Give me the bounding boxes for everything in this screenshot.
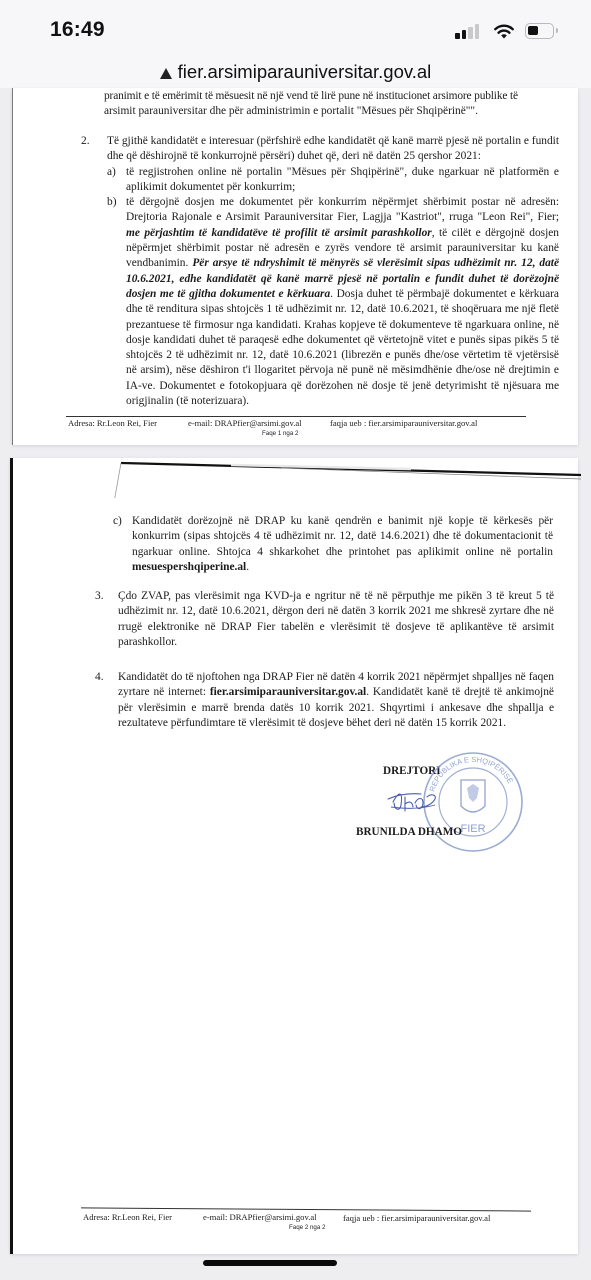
wifi-icon: [493, 22, 515, 40]
document-page-2: c) Kandidatët dorëzojnë në DRAP ku kanë …: [10, 458, 578, 1254]
item-2: 2. Të gjithë kandidatët e interesuar (pë…: [81, 134, 559, 409]
footer-page-number: Faqe 1 nga 2: [262, 430, 298, 437]
lock-warning-icon: [160, 68, 172, 79]
item-3: 3. Çdo ZVAP, pas vlerësimit nga KVD-ja e…: [95, 589, 554, 650]
footer-website[interactable]: faqja ueb : fier.arsimiparauniversitar.g…: [343, 1213, 490, 1223]
scan-edge-decoration: [111, 458, 581, 498]
item-3-number: 3.: [95, 589, 104, 604]
item-2a-text: të regjistrohen online në portalin "Mësu…: [126, 166, 559, 193]
footer-address: Adresa: Rr.Leon Rei, Fier: [83, 1212, 172, 1222]
document-page-1: pranimit e të emërimit të mësuesit në nj…: [12, 88, 578, 445]
item-2-number: 2.: [81, 134, 90, 149]
battery-icon: [525, 23, 554, 39]
home-indicator[interactable]: [203, 1260, 337, 1266]
cellular-signal-icon: [455, 23, 481, 39]
item-2b-text-3: . Dosja duhet të përmbajë dokumentet e k…: [126, 288, 559, 407]
item-2c-number: c): [113, 514, 122, 529]
intro-line-1: pranimit e të emërimit të mësuesit në nj…: [104, 89, 562, 104]
item-2-text: Të gjithë kandidatët e interesuar (përfs…: [107, 135, 559, 162]
item-2b-emphasis-1: me përjashtim të kandidatëve të profilit…: [126, 227, 432, 239]
footer-page-number: Faqe 2 nga 2: [289, 1224, 325, 1231]
footer-website[interactable]: faqja ueb : fier.arsimiparauniversitar.g…: [330, 418, 477, 428]
svg-text:FIER: FIER: [460, 823, 485, 835]
item-4-number: 4.: [95, 670, 104, 685]
signatory-name: BRUNILDA DHAMO: [356, 826, 462, 838]
footer-email[interactable]: e-mail: DRAPfier@arsimi.gov.al: [203, 1212, 317, 1222]
pdf-viewer[interactable]: pranimit e të emërimit të mësuesit në nj…: [0, 88, 591, 1280]
footer-address: Adresa: Rr.Leon Rei, Fier: [68, 418, 157, 428]
url-bar[interactable]: fier.arsimiparauniversitar.gov.al: [0, 60, 591, 88]
url-text[interactable]: fier.arsimiparauniversitar.gov.al: [178, 61, 432, 83]
portal-link-text: mesuespershqiperine.al: [132, 561, 246, 573]
footer-email[interactable]: e-mail: DRAPfier@arsimi.gov.al: [188, 418, 302, 428]
intro-paragraph: pranimit e të emërimit të mësuesit në nj…: [104, 89, 562, 120]
footer-rule: [66, 416, 526, 417]
item-2c-text: Kandidatët dorëzojnë në DRAP ku kanë qen…: [132, 515, 553, 558]
item-2a-number: a): [107, 165, 116, 180]
status-bar: 16:49: [0, 0, 591, 60]
handwritten-signature: [385, 785, 441, 817]
item-3-text: Çdo ZVAP, pas vlerësimit nga KVD-ja e ng…: [118, 590, 554, 648]
item-2c: c) Kandidatët dorëzojnë në DRAP ku kanë …: [113, 514, 553, 575]
item-4: 4. Kandidatët do të njoftohen nga DRAP F…: [95, 670, 554, 731]
item-2c-end: .: [246, 561, 249, 573]
item-2b-number: b): [107, 195, 117, 210]
clock: 16:49: [50, 18, 105, 42]
website-link-text: fier.arsimiparauniversitar.gov.al: [210, 686, 366, 698]
item-2b-text-1: të dërgojnë dosjen me dokumentet për kon…: [126, 196, 559, 223]
footer-rule: [81, 1207, 531, 1211]
intro-line-2: arsimit parauniversitar dhe për administ…: [104, 104, 562, 119]
